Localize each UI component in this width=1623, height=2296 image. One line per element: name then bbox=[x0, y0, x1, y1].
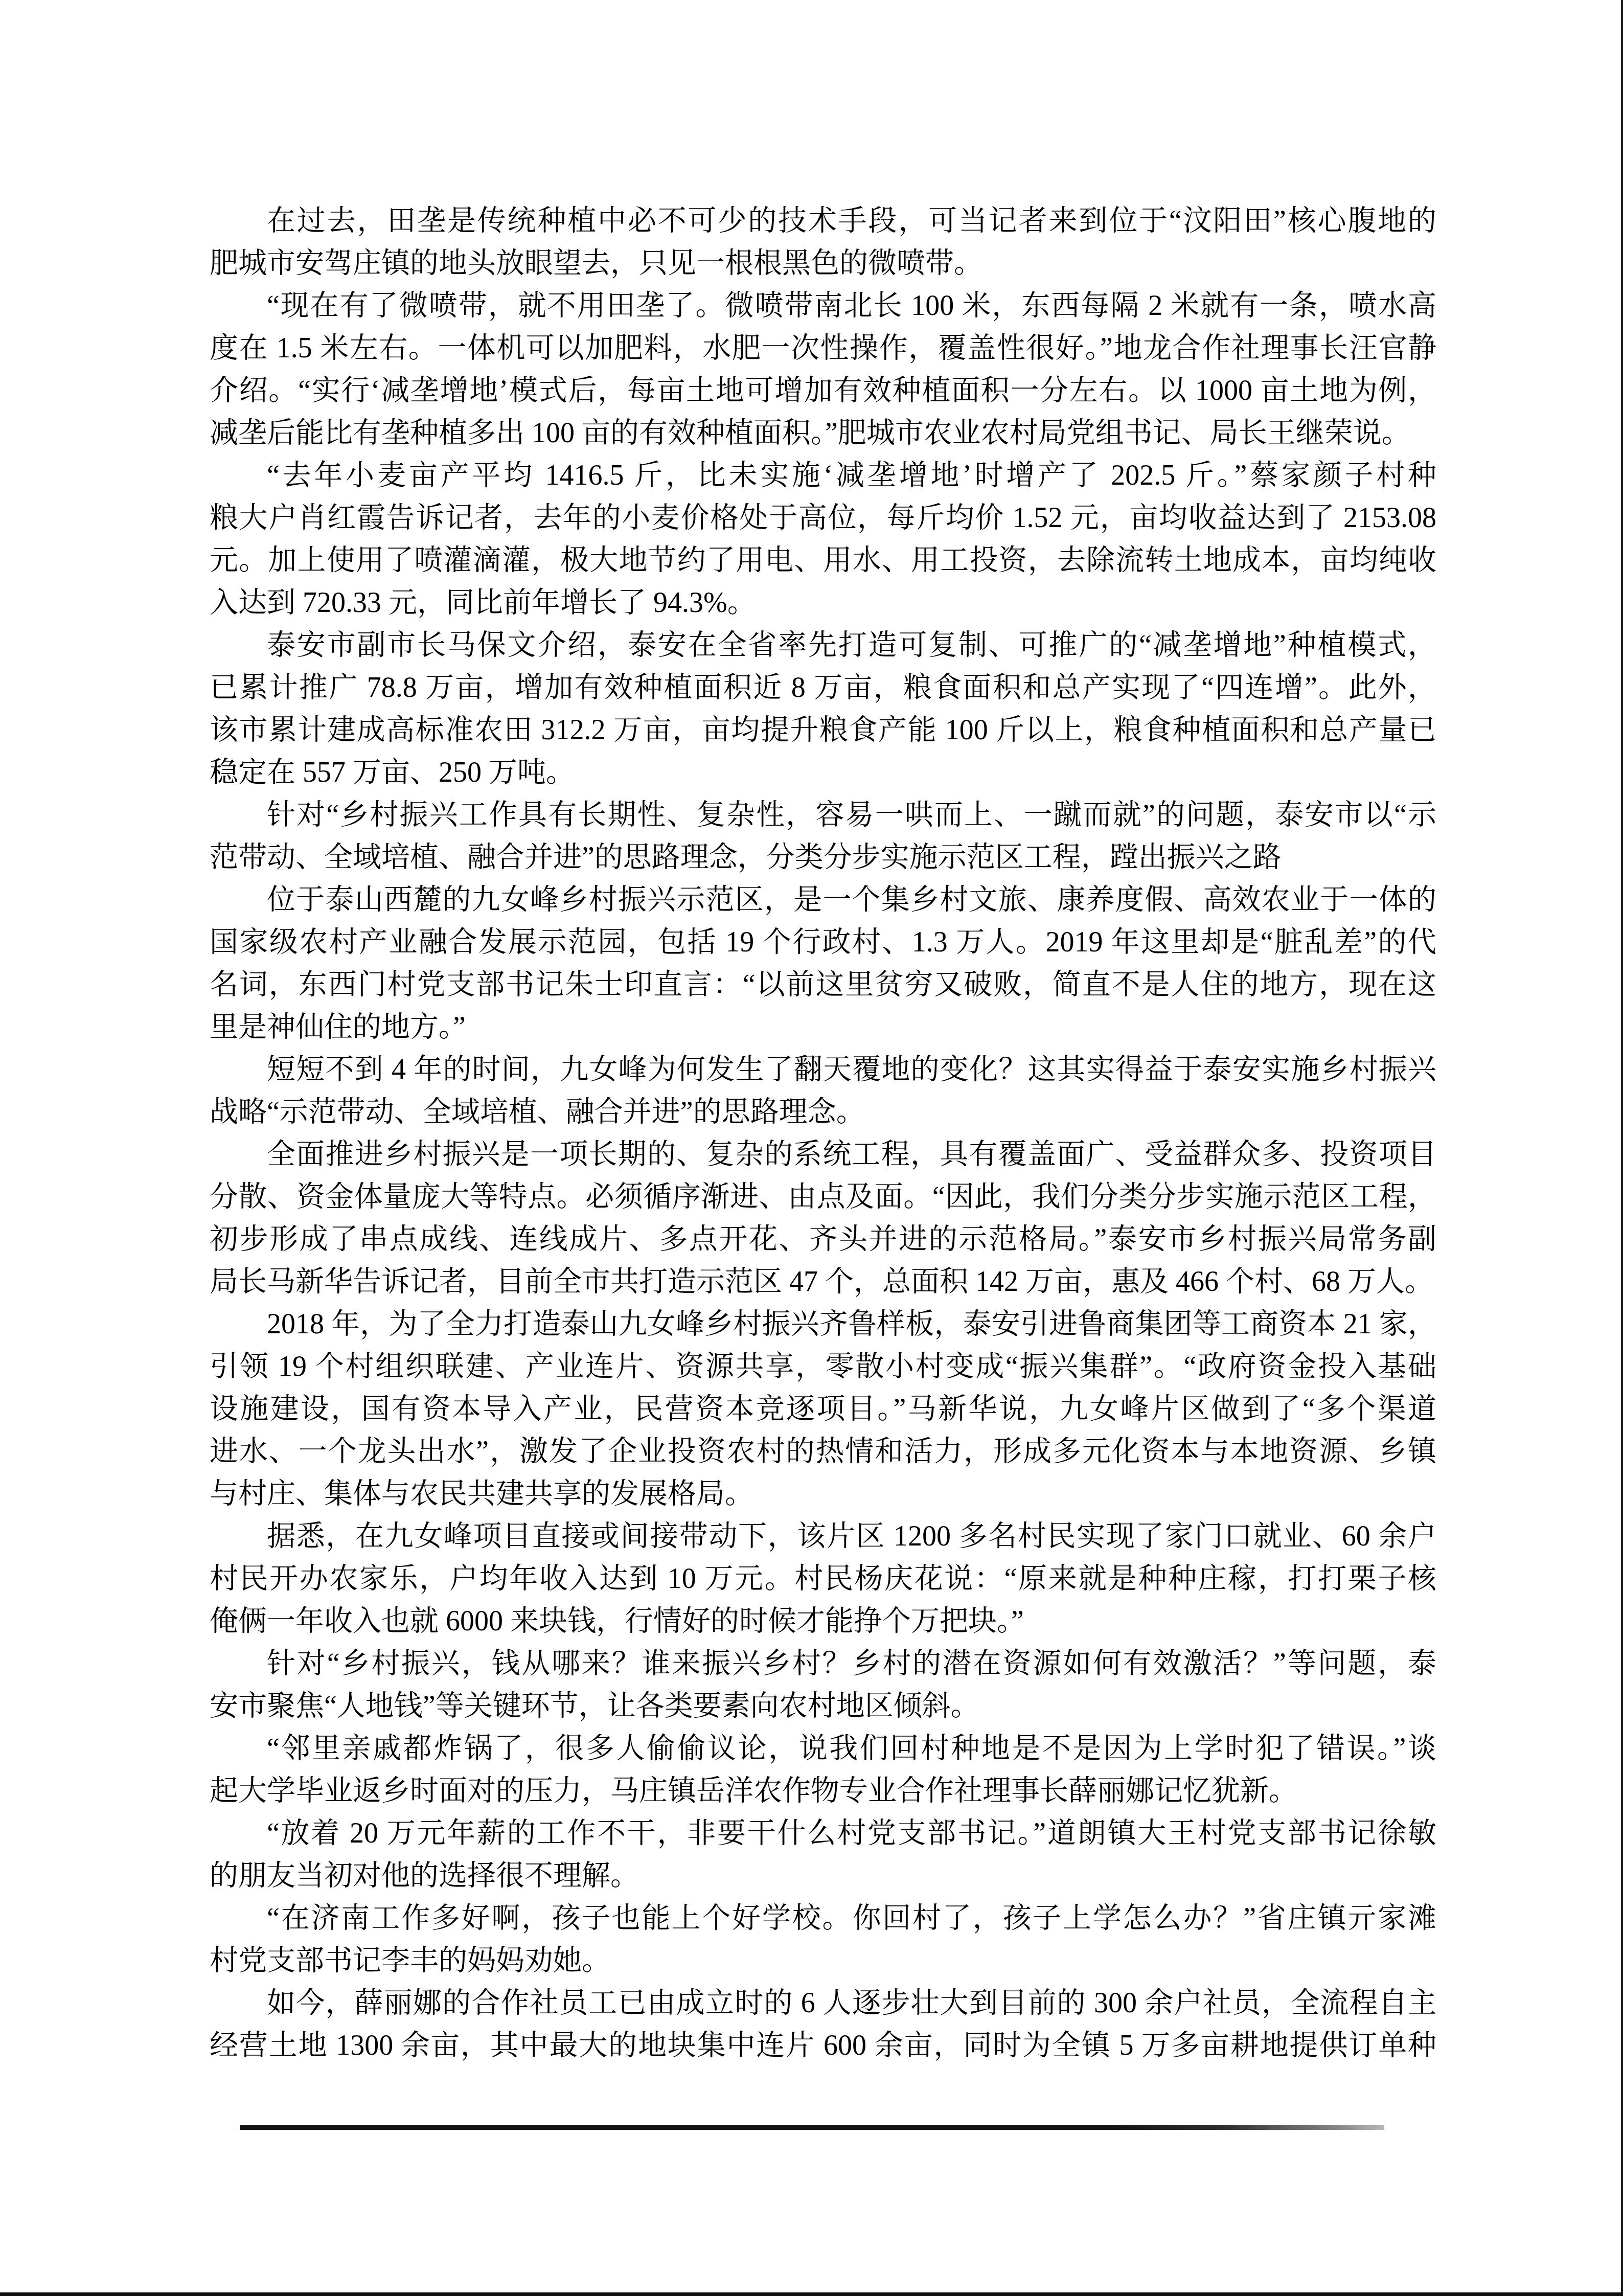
text-line: 安市聚焦“人地钱”等关键环节，让各类要素向农村地区倾斜。 bbox=[210, 1685, 1436, 1727]
paragraph: “邻里亲戚都炸锅了，很多人偷偷议论，说我们回村种地是不是因为上学时犯了错误。”谈… bbox=[210, 1727, 1436, 1812]
text-line: 的朋友当初对他的选择很不理解。 bbox=[210, 1855, 1436, 1897]
text-line: 国家级农村产业融合发展示范园，包括 19 个行政村、1.3 万人。2019 年这… bbox=[210, 921, 1436, 964]
text-line: “在济南工作多好啊，孩子也能上个好学校。你回村了，孩子上学怎么办？”省庄镇亓家滩 bbox=[210, 1897, 1436, 1940]
text-line: 已累计推广 78.8 万亩，增加有效种植面积近 8 万亩，粮食面积和总产实现了“… bbox=[210, 667, 1436, 709]
paragraph: “在济南工作多好啊，孩子也能上个好学校。你回村了，孩子上学怎么办？”省庄镇亓家滩… bbox=[210, 1897, 1436, 1982]
paragraph: 针对“乡村振兴工作具有长期性、复杂性，容易一哄而上、一蹴而就”的问题，泰安市以“… bbox=[210, 794, 1436, 879]
text-line: 元。加上使用了喷灌滴灌，极大地节约了用电、用水、用工投资，去除流转土地成本，亩均… bbox=[210, 539, 1436, 582]
text-line: 针对“乡村振兴，钱从哪来？谁来振兴乡村？乡村的潜在资源如何有效激活？”等问题，泰 bbox=[210, 1643, 1436, 1685]
text-line: 经营土地 1300 余亩，其中最大的地块集中连片 600 余亩，同时为全镇 5 … bbox=[210, 2025, 1436, 2067]
text-line: 与村庄、集体与农民共建共享的发展格局。 bbox=[210, 1473, 1436, 1515]
text-line: 起大学毕业返乡时面对的压力，马庄镇岳洋农作物专业合作社理事长薛丽娜记忆犹新。 bbox=[210, 1770, 1436, 1812]
page-edge-bottom bbox=[0, 2292, 1623, 2296]
paragraph: “现在有了微喷带，就不用田垄了。微喷带南北长 100 米，东西每隔 2 米就有一… bbox=[210, 285, 1436, 454]
text-line: 减垄后能比有垄种植多出 100 亩的有效种植面积。”肥城市农业农村局党组书记、局… bbox=[210, 412, 1436, 454]
text-line: 肥城市安驾庄镇的地头放眼望去，只见一根根黑色的微喷带。 bbox=[210, 242, 1436, 285]
text-line: 分散、资金体量庞大等特点。必须循序渐进、由点及面。“因此，我们分类分步实施示范区… bbox=[210, 1176, 1436, 1218]
paragraph: 泰安市副市长马保文介绍，泰安在全省率先打造可复制、可推广的“减垄增地”种植模式，… bbox=[210, 624, 1436, 794]
text-line: 入达到 720.33 元，同比前年增长了 94.3%。 bbox=[210, 582, 1436, 624]
text-line: 泰安市副市长马保文介绍，泰安在全省率先打造可复制、可推广的“减垄增地”种植模式， bbox=[210, 624, 1436, 667]
paragraph: 位于泰山西麓的九女峰乡村振兴示范区，是一个集乡村文旅、康养度假、高效农业于一体的… bbox=[210, 879, 1436, 1049]
text-line: 俺俩一年收入也就 6000 来块钱，行情好的时候才能挣个万把块。” bbox=[210, 1600, 1436, 1643]
text-line: 村民开办农家乐，户均年收入达到 10 万元。村民杨庆花说：“原来就是种种庄稼，打… bbox=[210, 1558, 1436, 1600]
text-line: 短短不到 4 年的时间，九女峰为何发生了翻天覆地的变化？这其实得益于泰安实施乡村… bbox=[210, 1049, 1436, 1091]
text-line: 位于泰山西麓的九女峰乡村振兴示范区，是一个集乡村文旅、康养度假、高效农业于一体的 bbox=[210, 879, 1436, 921]
text-line: “邻里亲戚都炸锅了，很多人偷偷议论，说我们回村种地是不是因为上学时犯了错误。”谈 bbox=[210, 1727, 1436, 1770]
text-line: 进水、一个龙头出水”，激发了企业投资农村的热情和活力，形成多元化资本与本地资源、… bbox=[210, 1430, 1436, 1473]
text-line: “现在有了微喷带，就不用田垄了。微喷带南北长 100 米，东西每隔 2 米就有一… bbox=[210, 285, 1436, 327]
paragraph: “放着 20 万元年薪的工作不干，非要干什么村党支部书记。”道朗镇大王村党支部书… bbox=[210, 1812, 1436, 1897]
text-line: 在过去，田垄是传统种植中必不可少的技术手段，可当记者来到位于“汶阳田”核心腹地的 bbox=[210, 200, 1436, 242]
paragraph: 2018 年，为了全力打造泰山九女峰乡村振兴齐鲁样板，泰安引进鲁商集团等工商资本… bbox=[210, 1303, 1436, 1515]
text-line: 初步形成了串点成线、连线成片、多点开花、齐头并进的示范格局。”泰安市乡村振兴局常… bbox=[210, 1218, 1436, 1261]
text-line: 全面推进乡村振兴是一项长期的、复杂的系统工程，具有覆盖面广、受益群众多、投资项目 bbox=[210, 1133, 1436, 1176]
text-line: 针对“乡村振兴工作具有长期性、复杂性，容易一哄而上、一蹴而就”的问题，泰安市以“… bbox=[210, 794, 1436, 836]
paragraph: 针对“乡村振兴，钱从哪来？谁来振兴乡村？乡村的潜在资源如何有效激活？”等问题，泰… bbox=[210, 1643, 1436, 1727]
footer-rule bbox=[240, 2125, 1384, 2130]
paragraph: 全面推进乡村振兴是一项长期的、复杂的系统工程，具有覆盖面广、受益群众多、投资项目… bbox=[210, 1133, 1436, 1303]
text-line: 引领 19 个村组织联建、产业连片、资源共享，零散小村变成“振兴集群”。“政府资… bbox=[210, 1346, 1436, 1388]
article-body: 在过去，田垄是传统种植中必不可少的技术手段，可当记者来到位于“汶阳田”核心腹地的… bbox=[210, 200, 1436, 2067]
text-line: 村党支部书记李丰的妈妈劝她。 bbox=[210, 1940, 1436, 1982]
text-line: 局长马新华告诉记者，目前全市共打造示范区 47 个，总面积 142 万亩，惠及 … bbox=[210, 1261, 1436, 1303]
paragraph: 如今，薛丽娜的合作社员工已由成立时的 6 人逐步壮大到目前的 300 余户社员，… bbox=[210, 1982, 1436, 2067]
text-line: 粮大户肖红霞告诉记者，去年的小麦价格处于高位，每斤均价 1.52 元，亩均收益达… bbox=[210, 497, 1436, 539]
text-line: 名词，东西门村党支部书记朱士印直言：“以前这里贫穷又破败，简直不是人住的地方，现… bbox=[210, 964, 1436, 1006]
text-line: 稳定在 557 万亩、250 万吨。 bbox=[210, 752, 1436, 794]
document-page: 在过去，田垄是传统种植中必不可少的技术手段，可当记者来到位于“汶阳田”核心腹地的… bbox=[0, 0, 1623, 2296]
page-edge-right bbox=[1621, 0, 1623, 2296]
text-line: 2018 年，为了全力打造泰山九女峰乡村振兴齐鲁样板，泰安引进鲁商集团等工商资本… bbox=[210, 1303, 1436, 1346]
paragraph: 在过去，田垄是传统种植中必不可少的技术手段，可当记者来到位于“汶阳田”核心腹地的… bbox=[210, 200, 1436, 285]
text-line: 该市累计建成高标准农田 312.2 万亩，亩均提升粮食产能 100 斤以上，粮食… bbox=[210, 709, 1436, 752]
text-line: 度在 1.5 米左右。一体机可以加肥料，水肥一次性操作，覆盖性很好。”地龙合作社… bbox=[210, 327, 1436, 370]
text-line: 据悉，在九女峰项目直接或间接带动下，该片区 1200 多名村民实现了家门口就业、… bbox=[210, 1515, 1436, 1558]
paragraph: 短短不到 4 年的时间，九女峰为何发生了翻天覆地的变化？这其实得益于泰安实施乡村… bbox=[210, 1049, 1436, 1133]
text-line: 设施建设，国有资本导入产业，民营资本竞逐项目。”马新华说，九女峰片区做到了“多个… bbox=[210, 1388, 1436, 1430]
text-line: 介绍。“实行‘减垄增地’模式后，每亩土地可增加有效种植面积一分左右。以 1000… bbox=[210, 370, 1436, 412]
text-line: 战略“示范带动、全域培植、融合并进”的思路理念。 bbox=[210, 1091, 1436, 1133]
text-line: 范带动、全域培植、融合并进”的思路理念，分类分步实施示范区工程，蹚出振兴之路 bbox=[210, 836, 1436, 879]
text-line: “放着 20 万元年薪的工作不干，非要干什么村党支部书记。”道朗镇大王村党支部书… bbox=[210, 1812, 1436, 1855]
text-line: 如今，薛丽娜的合作社员工已由成立时的 6 人逐步壮大到目前的 300 余户社员，… bbox=[210, 1982, 1436, 2025]
paragraph: 据悉，在九女峰项目直接或间接带动下，该片区 1200 多名村民实现了家门口就业、… bbox=[210, 1515, 1436, 1643]
text-line: 里是神仙住的地方。” bbox=[210, 1006, 1436, 1049]
paragraph: “去年小麦亩产平均 1416.5 斤，比未实施‘减垄增地’时增产了 202.5 … bbox=[210, 454, 1436, 624]
text-line: “去年小麦亩产平均 1416.5 斤，比未实施‘减垄增地’时增产了 202.5 … bbox=[210, 454, 1436, 497]
